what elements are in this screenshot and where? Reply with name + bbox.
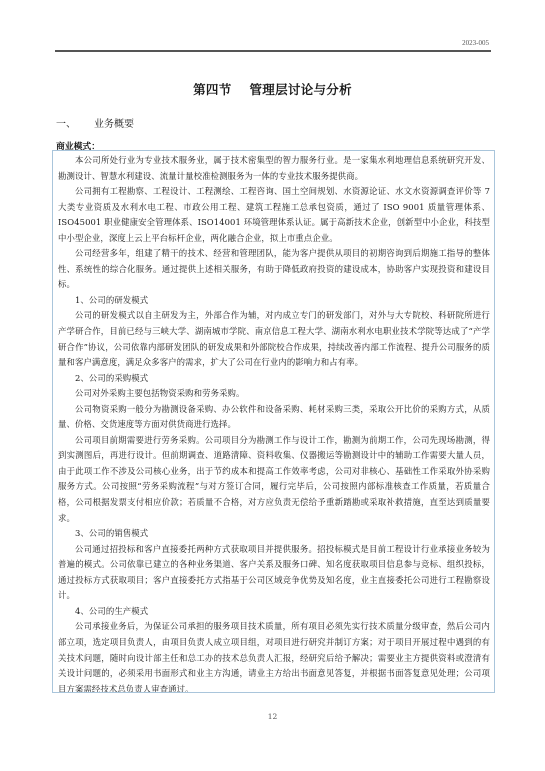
body-paragraph: 公司的研发模式以自主研发为主，外部合作为辅，对内成立专门的研发部门，对外与大专院… bbox=[58, 308, 490, 370]
business-model-box: 本公司所处行业为专业技术服务业，属于技术密集型的智力服务行业。是一家集水利地理信… bbox=[52, 150, 495, 693]
subsection-heading: 3、公司的销售模式 bbox=[58, 526, 490, 542]
body-paragraph: 公司项目前期需要进行劳务采购。公司项目分为勘测工作与设计工作，勘测为前期工作，公… bbox=[58, 433, 490, 526]
section-number: 第四节 bbox=[193, 82, 231, 97]
section-heading: 一、业务概要 bbox=[56, 115, 134, 130]
body-paragraph: 公司对外采购主要包括物资采购和劳务采购。 bbox=[58, 386, 490, 402]
header-rule bbox=[55, 50, 491, 52]
body-paragraph: 公司经营多年，组建了精干的技术、经营和管理团队，能为客户提供从项目的初期咨询到后… bbox=[58, 246, 490, 293]
subsection-heading: 4、公司的生产模式 bbox=[58, 604, 490, 620]
section-heading-number: 一、 bbox=[56, 115, 94, 130]
body-paragraph: 公司承接业务后，为保证公司承担的服务项目技术质量，所有项目必须先实行技术质量分级… bbox=[58, 619, 490, 693]
section-heading-name: 业务概要 bbox=[94, 119, 134, 130]
page-number: 12 bbox=[0, 712, 545, 721]
body-paragraph: 公司通过招投标和客户直接委托两种方式获取项目并提供服务。招投标模式是目前工程设计… bbox=[58, 542, 490, 604]
subsection-heading: 2、公司的采购模式 bbox=[58, 371, 490, 387]
body-paragraph: 本公司所处行业为专业技术服务业，属于技术密集型的智力服务行业。是一家集水利地理信… bbox=[58, 153, 490, 184]
section-title: 管理层讨论与分析 bbox=[250, 82, 352, 97]
subsection-heading: 1、公司的研发模式 bbox=[58, 293, 490, 309]
body-paragraph: 公司物资采购一般分为勘测设备采购、办公软件和设备采购、耗材采购三类，采取公开比价… bbox=[58, 402, 490, 433]
page-title: 第四节管理层讨论与分析 bbox=[0, 80, 545, 98]
body-paragraph: 公司拥有工程勘察、工程设计、工程测绘、工程咨询、国土空间规划、水资源论证、水文水… bbox=[58, 184, 490, 246]
header-doc-code: 2023-005 bbox=[462, 39, 489, 47]
